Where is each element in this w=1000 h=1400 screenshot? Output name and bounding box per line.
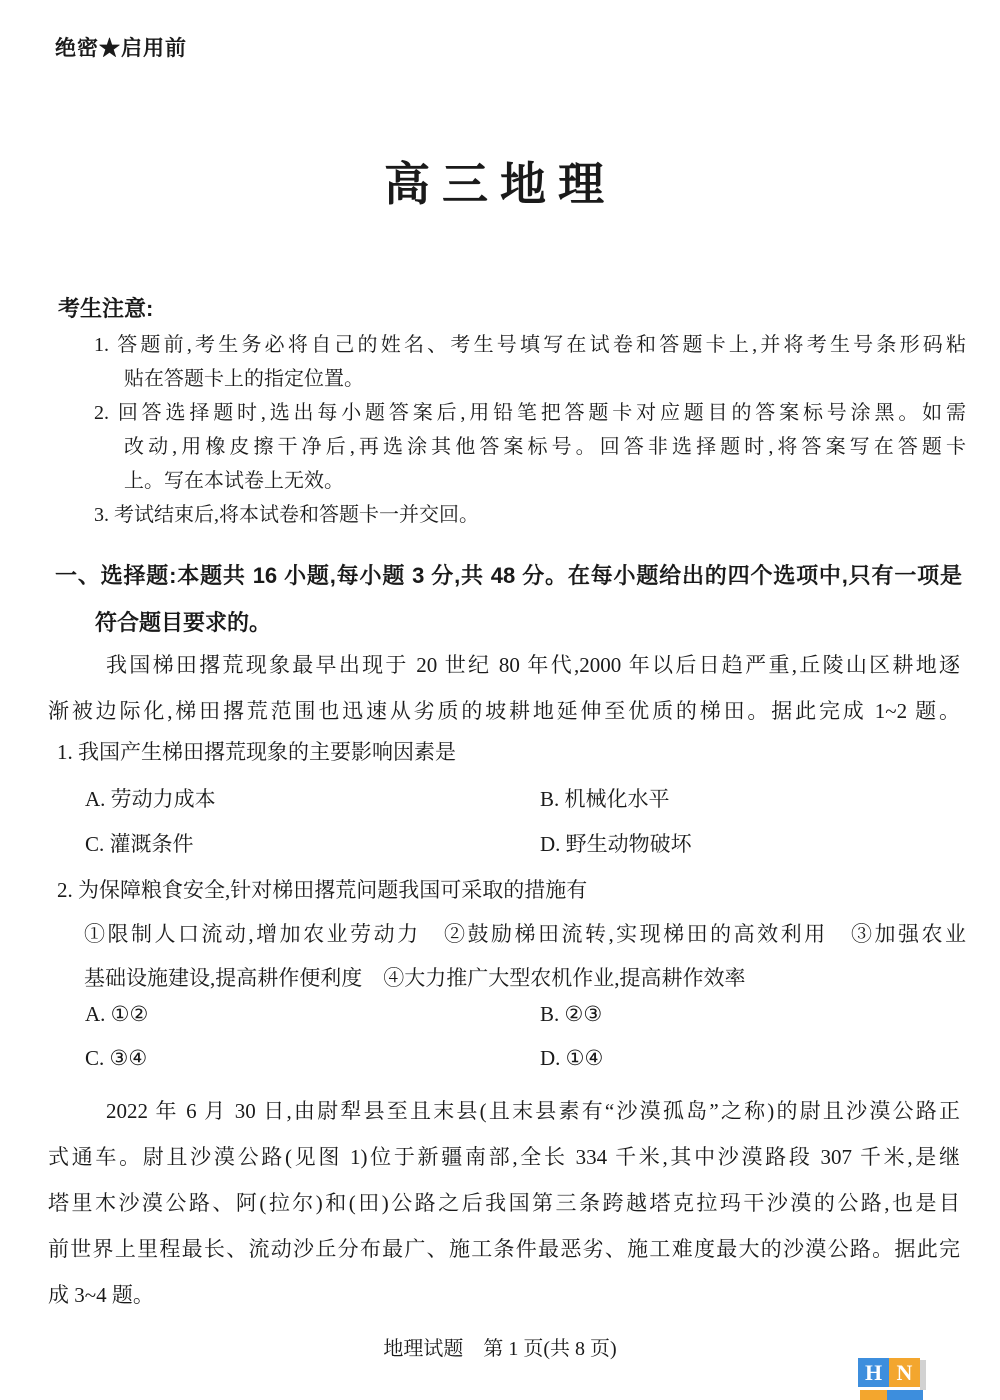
passage-1-line-2: 渐被边际化,梯田撂荒范围也迅速从劣质的坡耕地延伸至优质的梯田。据此完成 1~2 … xyxy=(48,688,960,734)
logo-bar-blue xyxy=(887,1390,923,1400)
passage-2-line-4: 前世界上里程最长、流动沙丘分布最广、施工条件最恶劣、施工难度最大的沙漠公路。据此… xyxy=(48,1226,960,1272)
question-1-option-c: C. 灌溉条件 xyxy=(85,828,194,858)
logo-letter-n-tile: N xyxy=(889,1358,920,1387)
section-1-heading: 一、选择题:本题共 16 小题,每小题 3 分,共 48 分。在每小题给出的四个… xyxy=(55,552,962,646)
passage-2-line-5: 成 3~4 题。 xyxy=(48,1272,960,1318)
page-footer: 地理试题 第 1 页(共 8 页) xyxy=(0,1332,1000,1361)
question-1-option-d: D. 野生动物破坏 xyxy=(540,828,692,858)
question-2-option-a: A. ①② xyxy=(85,1002,148,1027)
passage-2-line-2: 式通车。尉且沙漠公路(见图 1)位于新疆南部,全长 334 千米,其中沙漠路段 … xyxy=(48,1134,960,1180)
notice-item-2-line-2: 改动,用橡皮擦干净后,再选涂其他答案标号。回答非选择题时,将答案写在答题卡 xyxy=(94,430,966,464)
passage-2-line-1: 2022 年 6 月 30 日,由尉犁县至且末县(且末县素有“沙漠孤岛”之称)的… xyxy=(48,1088,960,1134)
logo-page-edge xyxy=(920,1360,926,1390)
notice-list: 1. 答题前,考生务必将自己的姓名、考生号填写在试卷和答题卡上,并将考生号条形码… xyxy=(94,328,966,532)
logo-letter-h-tile: H xyxy=(858,1358,889,1387)
question-2-option-b: B. ②③ xyxy=(540,1002,602,1027)
publisher-logo-tiles: H N xyxy=(858,1358,930,1390)
question-2-stem: 2. 为保障粮食安全,针对梯田撂荒问题我国可采取的措施有 xyxy=(57,874,962,904)
notice-item-1-line-1: 1. 答题前,考生务必将自己的姓名、考生号填写在试卷和答题卡上,并将考生号条形码… xyxy=(94,328,966,362)
passage-2: 2022 年 6 月 30 日,由尉犁县至且末县(且末县素有“沙漠孤岛”之称)的… xyxy=(48,1088,960,1318)
question-1-stem: 1. 我国产生梯田撂荒现象的主要影响因素是 xyxy=(57,736,962,766)
publisher-logo: H N xyxy=(858,1358,930,1400)
question-1-option-a: A. 劳动力成本 xyxy=(85,783,216,813)
notice-item-2-line-1: 2. 回答选择题时,选出每小题答案后,用铅笔把答题卡对应题目的答案标号涂黑。如需 xyxy=(94,396,966,430)
logo-bar-orange xyxy=(860,1390,887,1400)
notice-item-3-line-1: 3. 考试结束后,将本试卷和答题卡一并交回。 xyxy=(94,498,966,532)
page-title: 高三地理 xyxy=(0,148,1000,214)
question-2-option-c: C. ③④ xyxy=(85,1046,147,1071)
passage-1-line-1: 我国梯田撂荒现象最早出现于 20 世纪 80 年代,2000 年以后日趋严重,丘… xyxy=(48,642,960,688)
question-2-statements-line-2: 基础设施建设,提高耕作便利度 ④大力推广大型农机作业,提高耕作效率 xyxy=(84,956,966,1000)
passage-2-line-3: 塔里木沙漠公路、阿(拉尔)和(田)公路之后我国第三条跨越塔克拉玛干沙漠的公路,也… xyxy=(48,1180,960,1226)
section-1-heading-line-1: 一、选择题:本题共 16 小题,每小题 3 分,共 48 分。在每小题给出的四个… xyxy=(55,552,962,599)
section-1-heading-line-2: 符合题目要求的。 xyxy=(55,599,962,646)
publisher-logo-bars xyxy=(858,1390,930,1400)
classification-label: 绝密★启用前 xyxy=(55,32,187,62)
notice-item-1-line-2: 贴在答题卡上的指定位置。 xyxy=(94,362,966,396)
passage-1: 我国梯田撂荒现象最早出现于 20 世纪 80 年代,2000 年以后日趋严重,丘… xyxy=(48,642,960,734)
notice-heading: 考生注意: xyxy=(58,292,153,323)
question-1-option-b: B. 机械化水平 xyxy=(540,783,670,813)
exam-paper-page: 绝密★启用前 高三地理 考生注意: 1. 答题前,考生务必将自己的姓名、考生号填… xyxy=(0,0,1000,1400)
question-2-option-d: D. ①④ xyxy=(540,1046,603,1071)
question-2-statements: ①限制人口流动,增加农业劳动力 ②鼓励梯田流转,实现梯田的高效利用 ③加强农业 … xyxy=(84,912,966,1000)
notice-item-2-line-3: 上。写在本试卷上无效。 xyxy=(94,464,966,498)
question-2-statements-line-1: ①限制人口流动,增加农业劳动力 ②鼓励梯田流转,实现梯田的高效利用 ③加强农业 xyxy=(84,912,966,956)
